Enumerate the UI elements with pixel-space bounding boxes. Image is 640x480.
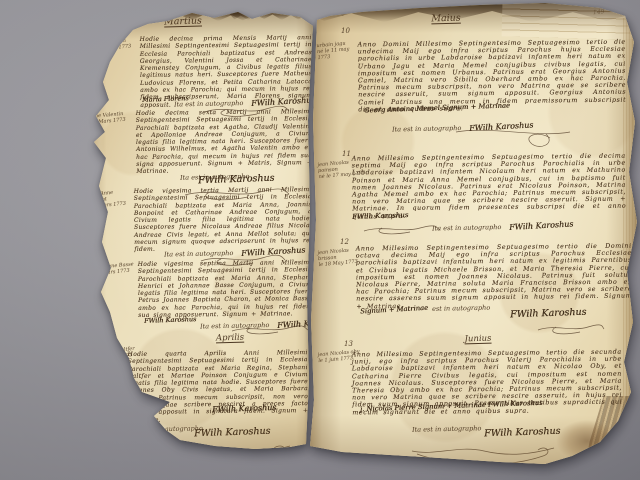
entry-number: 12 [340,238,349,246]
attestation-row: Ita est in autographo FWilh Karoshus [432,215,574,236]
register-entry-text: Anno Millesimo Septingentesimo Septuages… [352,153,627,221]
archival-photo: Martius george gougeon né le 1 Mars 1773… [0,0,640,480]
attestation-row: Ita est in autographo [412,417,482,436]
entry-number: 13 [344,340,353,348]
attestation-text: est in autographo [432,304,490,313]
signature-flourish [536,322,606,336]
attestation-row: Signum + Matrinae est in autographo [360,297,491,318]
right-page: Pag: 9 Maius 149 10 urbain jagu né le 11… [304,0,640,472]
signature-flourish [450,128,580,152]
entry-number: 11 [342,150,351,158]
attestation-text: Ita est in autographo [412,424,481,433]
folded-corner [502,2,635,39]
priest-signature: FWilh Karoshus [509,219,574,232]
month-header-maius: Maius [410,12,482,25]
attestation-text: Ita est in autographo [432,223,501,232]
witness-signature: Signum + Matrinae [360,304,428,316]
signature-flourish [408,442,558,458]
signature-flourish [362,224,442,234]
month-header-junius: Junius [442,333,514,345]
right-page-wrapper: Pag: 9 Maius 149 10 urbain jagu né le 11… [0,0,640,480]
ink-stain [556,420,618,462]
entry-number: 10 [341,27,350,35]
